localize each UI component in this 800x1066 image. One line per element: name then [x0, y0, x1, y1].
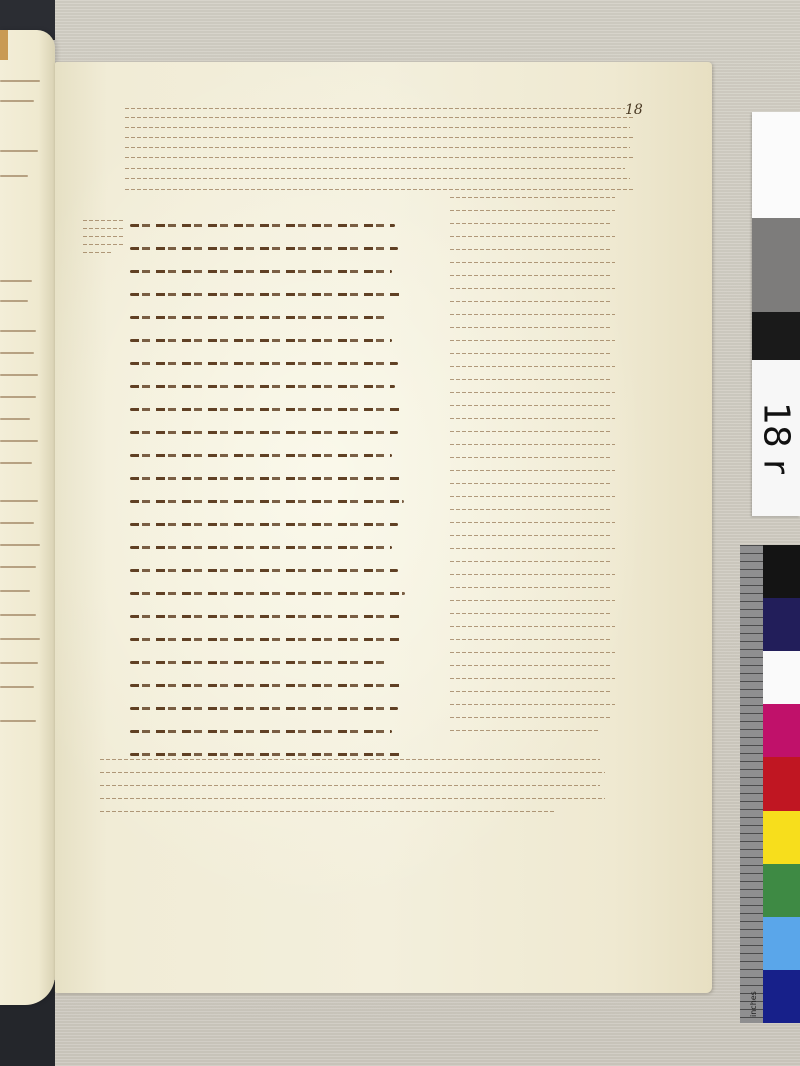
- scholia-line: [450, 561, 612, 562]
- white-patch: [752, 112, 800, 218]
- facing-text-line: [0, 522, 34, 524]
- facing-text-line: [0, 396, 36, 398]
- scholia-line: [450, 652, 615, 653]
- swatch-green: [763, 864, 800, 917]
- facing-text-line: [0, 662, 38, 664]
- facing-text-line: [0, 686, 34, 688]
- main-text-line: [130, 431, 398, 434]
- folio-label-text: 18 r: [756, 402, 797, 474]
- main-text-line: [130, 523, 398, 526]
- scholia-line: [450, 301, 612, 302]
- facing-text-line: [0, 440, 38, 442]
- margin-note: [83, 252, 113, 253]
- swatch-black: [763, 545, 800, 598]
- scholia-line: [125, 178, 630, 179]
- main-text-line: [130, 454, 392, 457]
- swatch-magenta: [763, 704, 800, 757]
- facing-text-line: [0, 566, 36, 568]
- scholia-line: [450, 210, 615, 211]
- gray-patch: [752, 218, 800, 312]
- scholia-line: [125, 117, 635, 118]
- scholia-line: [125, 157, 635, 158]
- swatch-blue: [763, 970, 800, 1023]
- scholia-line: [450, 392, 615, 393]
- swatch-navy: [763, 598, 800, 651]
- main-text-line: [130, 615, 402, 618]
- main-text-line: [130, 477, 400, 480]
- main-text-line: [130, 546, 392, 549]
- scholia-line: [100, 759, 600, 760]
- margin-note: [83, 228, 123, 229]
- main-text-line: [130, 339, 392, 342]
- main-text-line: [130, 362, 398, 365]
- scholia-line: [450, 483, 610, 484]
- swatch-yellow: [763, 811, 800, 864]
- scholia-line: [450, 665, 612, 666]
- facing-text-line: [0, 280, 32, 282]
- margin-note: [83, 244, 123, 245]
- scholia-line: [450, 522, 615, 523]
- facing-text-line: [0, 418, 30, 420]
- main-text-line: [130, 592, 405, 595]
- scholia-line: [450, 236, 615, 237]
- manuscript-folio: 18: [55, 62, 712, 993]
- facing-text-line: [0, 175, 28, 177]
- scholia-line: [125, 127, 630, 128]
- scholia-line: [450, 678, 615, 679]
- main-text-line: [130, 500, 404, 503]
- facing-text-line: [0, 720, 36, 722]
- swatch-cyan: [763, 917, 800, 970]
- folio-label: 18 r: [752, 360, 800, 516]
- color-calibration-chart: inches: [740, 545, 800, 1023]
- black-patch: [752, 312, 800, 360]
- main-text-line: [130, 293, 400, 296]
- main-text-line: [130, 707, 398, 710]
- main-text-line: [130, 247, 398, 250]
- scholia-line: [450, 340, 615, 341]
- ruler-label: inches: [749, 991, 758, 1017]
- scholia-line: [100, 785, 600, 786]
- scholia-line: [450, 327, 610, 328]
- main-text-line: [130, 638, 400, 641]
- margin-note: [83, 236, 123, 237]
- scholia-line: [450, 262, 615, 263]
- scholia-line: [125, 147, 630, 148]
- scholia-line: [100, 772, 605, 773]
- swatch-white: [763, 651, 800, 704]
- scholia-line: [450, 587, 610, 588]
- facing-text-line: [0, 330, 36, 332]
- scholia-line: [450, 509, 612, 510]
- main-text-line: [130, 661, 385, 664]
- scholia-line: [450, 431, 610, 432]
- scholia-line: [450, 639, 610, 640]
- scholia-line: [450, 574, 615, 575]
- scholia-line: [450, 366, 615, 367]
- scholia-line: [450, 275, 610, 276]
- facing-text-line: [0, 614, 36, 616]
- main-text-line: [130, 730, 392, 733]
- scholia-line: [125, 189, 635, 190]
- facing-text-line: [0, 590, 30, 592]
- scholia-line: [100, 811, 555, 812]
- facing-text-line: [0, 462, 32, 464]
- swatch-red: [763, 757, 800, 810]
- main-text-line: [130, 224, 395, 227]
- facing-text-line: [0, 638, 40, 640]
- main-text-line: [130, 408, 402, 411]
- scholia-line: [450, 730, 600, 731]
- facing-page: [0, 30, 55, 1005]
- scholia-line: [450, 496, 615, 497]
- binding-edge: [0, 30, 8, 60]
- main-text-line: [130, 316, 388, 319]
- facing-text-line: [0, 374, 38, 376]
- facing-text-line: [0, 150, 38, 152]
- scholia-line: [450, 535, 610, 536]
- page-number: 18: [625, 102, 643, 118]
- scholia-line: [100, 798, 605, 799]
- scholia-line: [125, 137, 635, 138]
- color-swatches: [763, 545, 800, 1023]
- scholia-line: [450, 405, 612, 406]
- main-text-line: [130, 753, 400, 756]
- main-text-line: [130, 684, 402, 687]
- scholia-line: [125, 168, 625, 169]
- scholia-line: [450, 249, 612, 250]
- facing-text-line: [0, 500, 38, 502]
- gray-scale-card: 18 r: [752, 112, 800, 516]
- margin-note: [83, 220, 123, 221]
- scholia-line: [450, 223, 610, 224]
- scholia-line: [450, 353, 612, 354]
- facing-text-line: [0, 100, 34, 102]
- scholia-line: [450, 548, 615, 549]
- scholia-line: [450, 379, 610, 380]
- main-text-line: [130, 270, 392, 273]
- scholia-line: [450, 717, 612, 718]
- facing-text-line: [0, 80, 40, 82]
- scholia-line: [450, 704, 615, 705]
- inch-ruler: inches: [740, 545, 763, 1023]
- scholia-line: [450, 626, 615, 627]
- scholia-line: [450, 457, 612, 458]
- scholia-line: [450, 288, 615, 289]
- main-text-line: [130, 569, 398, 572]
- scholia-line: [450, 470, 615, 471]
- scholia-line: [450, 613, 612, 614]
- scholia-line: [450, 600, 615, 601]
- scholia-line: [450, 197, 615, 198]
- scholia-line: [125, 108, 625, 109]
- facing-text-line: [0, 352, 34, 354]
- scholia-line: [450, 691, 610, 692]
- facing-text-line: [0, 300, 28, 302]
- main-text-line: [130, 385, 395, 388]
- scholia-line: [450, 314, 615, 315]
- facing-text-line: [0, 544, 40, 546]
- scholia-line: [450, 418, 615, 419]
- scholia-line: [450, 444, 615, 445]
